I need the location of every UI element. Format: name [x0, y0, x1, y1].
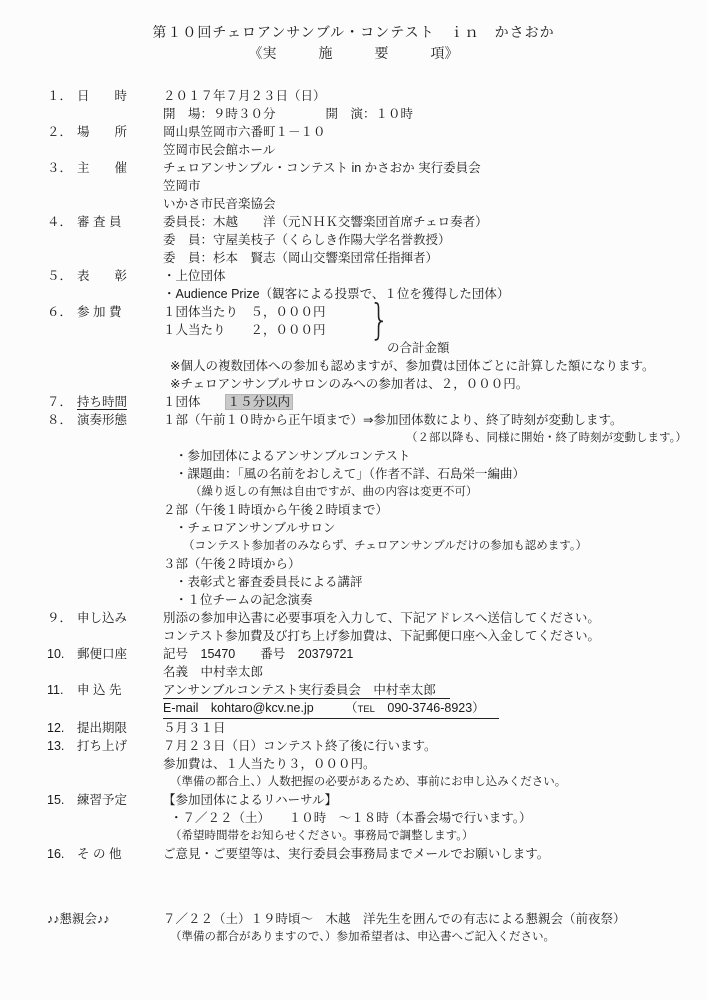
text-segment: ７／２２（土）１９時頃～ 木越 洋先生を囲んでの有志による懇親会（前夜祭）: [163, 912, 626, 926]
text-segment: ・参加団体によるアンサンブルコンテスト: [175, 449, 410, 463]
text-line: ３部（午後２時頃から）: [163, 555, 707, 573]
item-row: ３．主 催チェロアンサンブル・コンテスト in かさおか 実行委員会笠岡市いかさ…: [0, 159, 707, 213]
item-content: ２０１７年７月２３日（日）開 場：９時３０分 開 演：１０時: [163, 87, 707, 123]
item-row: 10.郵便口座記号 15470 番号 20379721名義 中村幸太郎: [0, 645, 707, 681]
item-content: １部（午前１０時から正午頃まで）⇒参加団体数により、終了時刻が変動します。（２部…: [163, 411, 707, 609]
text-segment: １部（午前１０時から正午頃まで）⇒参加団体数により、終了時刻が変動します。: [163, 413, 622, 427]
text-segment: コンテスト参加費及び打ち上げ参加費は、下記郵便口座へ入金してください。: [163, 629, 600, 643]
item-number: 11.: [47, 681, 77, 699]
text-line: １団体当たり ５，０００円: [163, 303, 707, 321]
item-content: ７月２３日（日）コンテスト終了後に行います。参加費は、１人当たり３，０００円。（…: [163, 737, 707, 791]
text-line: ５月３１日: [163, 719, 707, 737]
item-label: 演奏形態: [77, 411, 163, 429]
text-line: ※チェロアンサンブルサロンのみへの参加者は、２，０００円。: [163, 375, 707, 393]
text-line: １部（午前１０時から正午頃まで）⇒参加団体数により、終了時刻が変動します。: [163, 411, 707, 429]
text-segment: ７月２３日（日）コンテスト終了後に行います。: [163, 739, 437, 753]
text-line: 名義 中村幸太郎: [163, 663, 707, 681]
text-line: E-mail kohtaro@kcv.ne.jp （TEL 090-3746-8…: [163, 699, 707, 719]
text-line: 委員長：木越 洋（元ＮＨＫ交響楽団首席チェロ奏者）: [163, 213, 707, 231]
text-line: 委 員：守屋美枝子（くらしき作陽大学名誉教授）: [163, 231, 707, 249]
text-segment: ・１位チームの記念演奏: [175, 593, 313, 607]
underlined-text: E-mail kohtaro@kcv.ne.jp （TEL 090-3746-8…: [163, 700, 499, 719]
item-gutter: １．日 時: [0, 87, 163, 105]
text-line: ・参加団体によるアンサンブルコンテスト: [163, 447, 707, 465]
text-line: 委 員：杉本 賢志（岡山交響楽団常任指揮者）: [163, 249, 707, 267]
item-label: 申し込み: [77, 609, 163, 627]
item-label: 郵便口座: [77, 645, 163, 663]
after-party-content: ７／２２（土）１９時頃～ 木越 洋先生を囲んでの有志による懇親会（前夜祭）（準備…: [163, 910, 707, 946]
text-segment: ※チェロアンサンブルサロンのみへの参加者は、２，０００円。: [170, 377, 528, 391]
item-label: 表 彰: [77, 267, 163, 285]
text-segment: 名義 中村幸太郎: [163, 665, 263, 679]
item-row: 12.提出期限５月３１日: [0, 719, 707, 737]
text-line: 開 場：９時３０分 開 演：１０時: [163, 105, 707, 123]
item-row: ６．参 加 費}１団体当たり ５，０００円１人当たり ２，０００円の合計金額※個…: [0, 303, 707, 393]
text-segment: 【参加団体によるリハーサル】: [163, 793, 337, 807]
text-segment: 記号 15470 番号 20379721: [163, 647, 353, 661]
item-label: 審 査 員: [77, 213, 163, 231]
text-segment: 別添の参加申込書に必要事項を入力して、下記アドレスへ送信してください。: [163, 611, 600, 625]
text-segment: １団体: [163, 395, 226, 409]
item-label: 参 加 費: [77, 303, 163, 321]
item-row: ７．持ち時間１団体 １５分以内: [0, 393, 707, 411]
item-label: そ の 他: [77, 845, 163, 863]
text-segment: アンサンブルコンテスト実行委員会 中村幸太郎: [163, 683, 436, 697]
text-segment: TEL: [357, 704, 374, 715]
text-segment: チェロアンサンブル・コンテスト in かさおか 実行委員会: [163, 161, 481, 175]
text-line: ・Audience Prize（観客による投票で、１位を獲得した団体）: [163, 285, 707, 303]
item-label: 打ち上げ: [77, 737, 163, 755]
item-number: 12.: [47, 719, 77, 737]
text-segment: （準備の都合がありますので、）参加希望者は、申込書へご記入ください。: [170, 931, 555, 943]
text-line: １団体 １５分以内: [163, 393, 707, 411]
text-segment: ・Audience Prize（観客による投票で、１位を獲得した団体）: [163, 287, 509, 301]
text-line: （コンテスト参加者のみならず、チェロアンサンブルだけの参加も認めます。）: [163, 537, 707, 555]
item-number: ９．: [47, 609, 77, 627]
item-gutter: ２．場 所: [0, 123, 163, 141]
item-gutter: ８．演奏形態: [0, 411, 163, 429]
item-number: 13.: [47, 737, 77, 755]
item-content: １団体 １５分以内: [163, 393, 707, 411]
text-line: ２部（午後１時頃から午後２時頃まで）: [163, 501, 707, 519]
item-row: １．日 時２０１７年７月２３日（日）開 場：９時３０分 開 演：１０時: [0, 87, 707, 123]
item-content: チェロアンサンブル・コンテスト in かさおか 実行委員会笠岡市いかさ市民音楽協…: [163, 159, 707, 213]
text-line: ・表彰式と審査委員長による講評: [163, 573, 707, 591]
item-number: ２．: [47, 123, 77, 141]
item-content: 記号 15470 番号 20379721名義 中村幸太郎: [163, 645, 707, 681]
text-segment: （希望時間帯をお知らせください。事務局で調整します。）: [170, 830, 473, 842]
text-segment: 開 場：９時３０分 開 演：１０時: [163, 107, 413, 121]
text-segment: １団体当たり ５，０００円: [163, 305, 326, 319]
text-line: チェロアンサンブル・コンテスト in かさおか 実行委員会: [163, 159, 707, 177]
item-content: ５月３１日: [163, 719, 707, 737]
text-segment: ・課題曲：「風の名前をおしえて」（作者不詳、石島栄一編曲）: [175, 467, 525, 481]
after-party-gutter: ♪♪懇親会♪♪: [0, 910, 163, 928]
item-content: ・上位団体・Audience Prize（観客による投票で、１位を獲得した団体）: [163, 267, 707, 303]
text-line: 【参加団体によるリハーサル】: [163, 791, 707, 809]
text-segment: ・７／２２（土） １０時 ～１８時（本番会場で行います。）: [170, 811, 532, 825]
text-segment: 委 員：杉本 賢志（岡山交響楽団常任指揮者）: [163, 251, 438, 265]
text-line: ・７／２２（土） １０時 ～１８時（本番会場で行います。）: [163, 809, 707, 827]
text-line: 記号 15470 番号 20379721: [163, 645, 707, 663]
text-line: アンサンブルコンテスト実行委員会 中村幸太郎: [163, 681, 707, 699]
text-segment: ・表彰式と審査委員長による講評: [175, 575, 363, 589]
text-segment: E-mail kohtaro@kcv.ne.jp （: [163, 701, 357, 715]
item-content: アンサンブルコンテスト実行委員会 中村幸太郎E-mail kohtaro@kcv…: [163, 681, 707, 719]
item-label: 持ち時間: [77, 393, 163, 411]
item-row: ９．申し込み別添の参加申込書に必要事項を入力して、下記アドレスへ送信してください…: [0, 609, 707, 645]
item-gutter: 16.そ の 他: [0, 845, 163, 863]
item-number: 10.: [47, 645, 77, 663]
item-row: ２．場 所岡山県笠岡市六番町１－１０笠岡市民会館ホール: [0, 123, 707, 159]
scanned-document-page: 第１０回チェロアンサンブル・コンテスト ｉｎ かさおか 《実 施 要 項》 １．…: [0, 0, 707, 1000]
text-segment: ５月３１日: [163, 721, 226, 735]
text-line: （準備の都合上、）人数把握の必要があるため、事前にお申し込みください。: [163, 773, 707, 791]
document-subtitle: 《実 施 要 項》: [0, 44, 707, 62]
text-line: 岡山県笠岡市六番町１－１０: [163, 123, 707, 141]
text-segment: いかさ市民音楽協会: [163, 197, 276, 211]
text-line: 別添の参加申込書に必要事項を入力して、下記アドレスへ送信してください。: [163, 609, 707, 627]
text-segment: （コンテスト参加者のみならず、チェロアンサンブルだけの参加も認めます。）: [183, 540, 587, 552]
item-gutter: 15.練習予定: [0, 791, 163, 809]
item-label: 場 所: [77, 123, 163, 141]
text-line: （準備の都合がありますので、）参加希望者は、申込書へご記入ください。: [163, 928, 707, 946]
item-content: ご意見・ご要望等は、実行委員会事務局までメールでお願いします。: [163, 845, 707, 863]
document-title: 第１０回チェロアンサンブル・コンテスト ｉｎ かさおか: [0, 23, 707, 41]
text-line: 笠岡市: [163, 177, 707, 195]
text-segment: １人当たり ２，０００円: [163, 323, 326, 337]
item-content: 別添の参加申込書に必要事項を入力して、下記アドレスへ送信してください。コンテスト…: [163, 609, 707, 645]
after-party-section: ♪♪懇親会♪♪ ７／２２（土）１９時頃～ 木越 洋先生を囲んでの有志による懇親会…: [0, 910, 707, 946]
text-line: 笠岡市民会館ホール: [163, 141, 707, 159]
item-gutter: ６．参 加 費: [0, 303, 163, 321]
text-line: （希望時間帯をお知らせください。事務局で調整します。）: [163, 827, 707, 845]
item-content: 委員長：木越 洋（元ＮＨＫ交響楽団首席チェロ奏者）委 員：守屋美枝子（くらしき作…: [163, 213, 707, 267]
text-segment: ・上位団体: [163, 269, 226, 283]
item-number: ６．: [47, 303, 77, 321]
item-number: ８．: [47, 411, 77, 429]
item-number: ７．: [47, 393, 77, 411]
item-row: 11.申 込 先アンサンブルコンテスト実行委員会 中村幸太郎E-mail koh…: [0, 681, 707, 719]
item-number: 15.: [47, 791, 77, 809]
text-segment: ３部（午後２時頃から）: [163, 557, 301, 571]
item-number: ５．: [47, 267, 77, 285]
item-label: 練習予定: [77, 791, 163, 809]
item-row: ４．審 査 員委員長：木越 洋（元ＮＨＫ交響楽団首席チェロ奏者）委 員：守屋美枝…: [0, 213, 707, 267]
item-row: 15.練習予定【参加団体によるリハーサル】・７／２２（土） １０時 ～１８時（本…: [0, 791, 707, 845]
item-label: 主 催: [77, 159, 163, 177]
text-segment: の合計金額: [387, 341, 450, 355]
text-line: 参加費は、１人当たり３，０００円。: [163, 755, 707, 773]
item-gutter: ４．審 査 員: [0, 213, 163, 231]
text-segment: （準備の都合上、）人数把握の必要があるため、事前にお申し込みください。: [170, 776, 566, 788]
text-segment: ご意見・ご要望等は、実行委員会事務局までメールでお願いします。: [163, 847, 549, 861]
item-gutter: ３．主 催: [0, 159, 163, 177]
text-segment: ２０１７年７月２３日（日）: [163, 89, 326, 103]
text-line: ２０１７年７月２３日（日）: [163, 87, 707, 105]
item-gutter: ７．持ち時間: [0, 393, 163, 411]
text-segment: 090-3746-8923）: [375, 701, 485, 715]
text-line: ・上位団体: [163, 267, 707, 285]
item-label: 日 時: [77, 87, 163, 105]
text-line: ・課題曲：「風の名前をおしえて」（作者不詳、石島栄一編曲）: [163, 465, 707, 483]
text-segment: 岡山県笠岡市六番町１－１０: [163, 125, 326, 139]
text-segment: ２部（午後１時頃から午後２時頃まで）: [163, 503, 388, 517]
text-line: ・１位チームの記念演奏: [163, 591, 707, 609]
text-segment: ※個人の複数団体への参加も認めますが、参加費は団体ごとに計算した額になります。: [170, 359, 654, 373]
item-number: 16.: [47, 845, 77, 863]
text-segment: 委 員：守屋美枝子（くらしき作陽大学名誉教授）: [163, 233, 451, 247]
item-content: 【参加団体によるリハーサル】・７／２２（土） １０時 ～１８時（本番会場で行いま…: [163, 791, 707, 845]
text-segment: 委員長：木越 洋（元ＮＨＫ交響楽団首席チェロ奏者）: [163, 215, 488, 229]
text-line: （２部以降も、同様に開始・終了時刻が変動します。）: [163, 429, 707, 447]
text-segment: （繰り返しの有無は自由ですが、曲の内容は変更不可）: [190, 486, 478, 498]
text-line: コンテスト参加費及び打ち上げ参加費は、下記郵便口座へ入金してください。: [163, 627, 707, 645]
text-segment: 参加費は、１人当たり３，０００円。: [163, 757, 376, 771]
text-line: ご意見・ご要望等は、実行委員会事務局までメールでお願いします。: [163, 845, 707, 863]
item-number: １．: [47, 87, 77, 105]
item-label: 申 込 先: [77, 681, 163, 699]
item-content: }１団体当たり ５，０００円１人当たり ２，０００円の合計金額※個人の複数団体へ…: [163, 303, 707, 393]
item-row: ８．演奏形態１部（午前１０時から正午頃まで）⇒参加団体数により、終了時刻が変動し…: [0, 411, 707, 609]
text-segment: 笠岡市: [163, 179, 201, 193]
item-row: 13.打ち上げ７月２３日（日）コンテスト終了後に行います。参加費は、１人当たり３…: [0, 737, 707, 791]
text-line: ７／２２（土）１９時頃～ 木越 洋先生を囲んでの有志による懇親会（前夜祭）: [163, 910, 707, 928]
item-gutter: ９．申し込み: [0, 609, 163, 627]
text-segment: ・チェロアンサンブルサロン: [175, 521, 336, 535]
text-segment: （２部以降も、同様に開始・終了時刻が変動します。）: [406, 432, 687, 444]
item-row: ５．表 彰・上位団体・Audience Prize（観客による投票で、１位を獲得…: [0, 267, 707, 303]
item-gutter: 12.提出期限: [0, 719, 163, 737]
text-line: （繰り返しの有無は自由ですが、曲の内容は変更不可）: [163, 483, 707, 501]
text-line: の合計金額: [163, 339, 707, 357]
underlined-text: アンサンブルコンテスト実行委員会 中村幸太郎: [163, 682, 450, 699]
item-gutter: 11.申 込 先: [0, 681, 163, 699]
item-gutter: 10.郵便口座: [0, 645, 163, 663]
text-line: １人当たり ２，０００円: [163, 321, 707, 339]
items-list: １．日 時２０１７年７月２３日（日）開 場：９時３０分 開 演：１０時２．場 所…: [0, 87, 707, 863]
text-line: ※個人の複数団体への参加も認めますが、参加費は団体ごとに計算した額になります。: [163, 357, 707, 375]
item-number: ３．: [47, 159, 77, 177]
text-segment: 笠岡市民会館ホール: [163, 143, 275, 157]
item-gutter: ５．表 彰: [0, 267, 163, 285]
after-party-label: ♪♪懇親会♪♪: [47, 910, 159, 928]
item-content: 岡山県笠岡市六番町１－１０笠岡市民会館ホール: [163, 123, 707, 159]
text-line: ７月２３日（日）コンテスト終了後に行います。: [163, 737, 707, 755]
text-line: ・チェロアンサンブルサロン: [163, 519, 707, 537]
item-row: 16.そ の 他ご意見・ご要望等は、実行委員会事務局までメールでお願いします。: [0, 845, 707, 863]
fee-sum-brace: }: [369, 300, 389, 340]
highlighted-text: １５分以内: [226, 395, 293, 409]
item-gutter: 13.打ち上げ: [0, 737, 163, 755]
text-line: いかさ市民音楽協会: [163, 195, 707, 213]
item-label: 提出期限: [77, 719, 163, 737]
item-number: ４．: [47, 213, 77, 231]
